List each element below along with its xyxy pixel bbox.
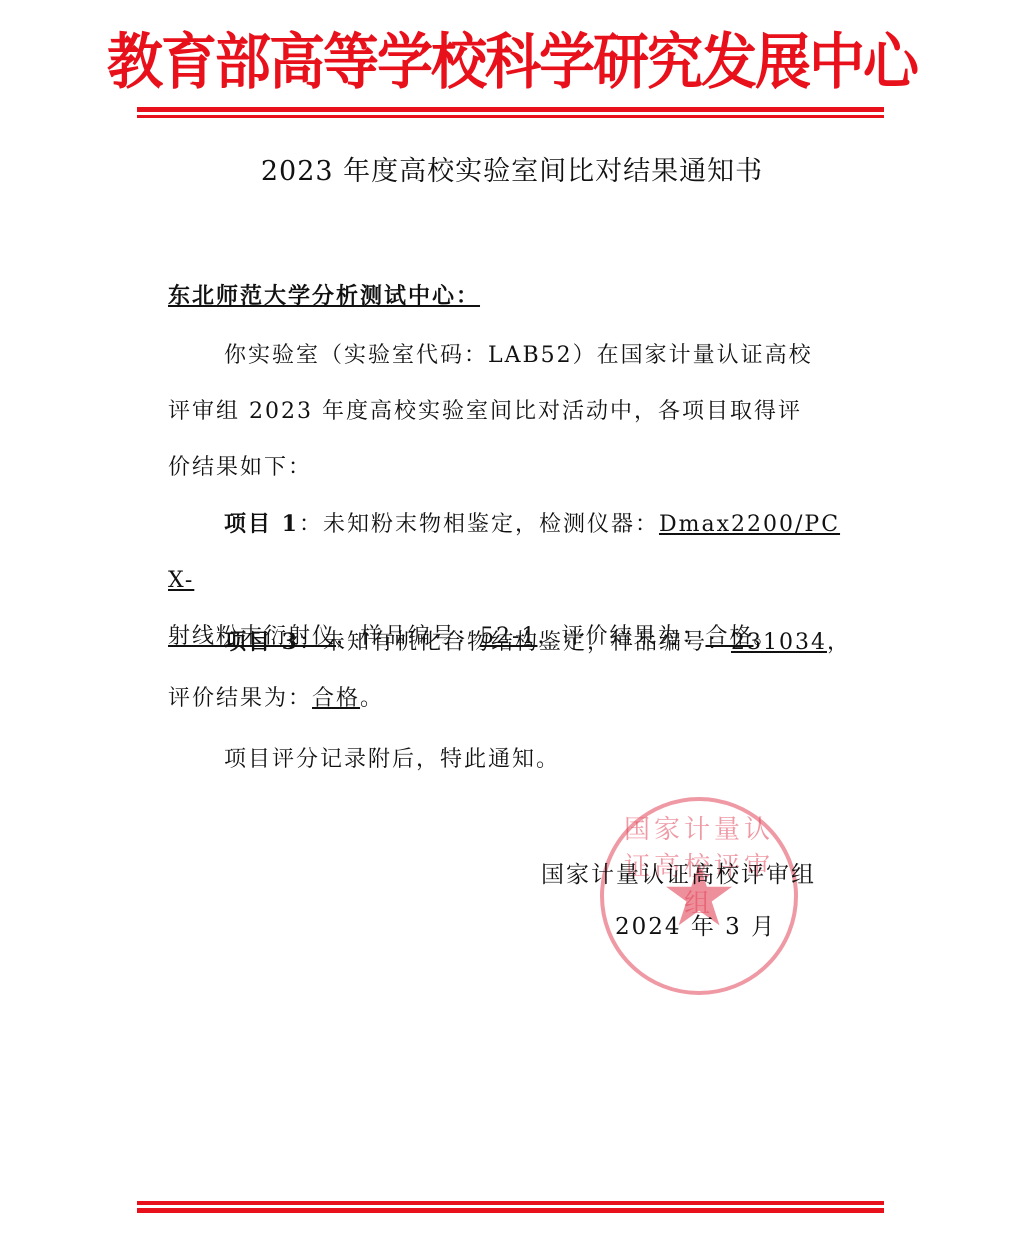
- issuer-name: 国家计量认证高校评审组: [541, 855, 816, 895]
- intro-line-1: 你实验室（实验室代码：LAB52）在国家计量认证高校: [168, 328, 868, 384]
- footer-rule-top: [137, 1201, 884, 1205]
- item-3-sample-no: 231034: [731, 630, 827, 655]
- item-3-result-label: 评价结果为：: [168, 686, 312, 711]
- intro-paragraph: 你实验室（实验室代码：LAB52）在国家计量认证高校 评审组 2023 年度高校…: [168, 328, 868, 496]
- letterhead-org-name: 教育部高等学校科学研究发展中心: [0, 25, 1024, 101]
- item-3-line-2: 评价结果为：合格。: [168, 671, 868, 727]
- letterhead-rule-thin: [137, 115, 884, 118]
- document-title: 2023 年度高校实验室间比对结果通知书: [0, 152, 1024, 192]
- letterhead-rule-thick: [137, 107, 884, 112]
- item-3-comma: ，: [827, 630, 851, 655]
- closing: 项目评分记录附后，特此通知。: [168, 732, 868, 788]
- item-3-paragraph: 项目 3：未知有机化合物结构鉴定，样品编号：231034， 评价结果为：合格。: [168, 614, 868, 727]
- recipient: 东北师范大学分析测试中心：: [168, 268, 868, 324]
- intro-line-2: 评审组 2023 年度高校实验室间比对活动中，各项目取得评: [168, 384, 868, 440]
- intro-line-3: 价结果如下：: [168, 440, 868, 496]
- item-3-end: 。: [360, 686, 384, 711]
- issue-date: 2024 年 3 月: [615, 907, 776, 947]
- item-1-line-1: 项目 1：未知粉末物相鉴定，检测仪器：Dmax2200/PC X-: [168, 496, 868, 609]
- item-3-line-1: 项目 3：未知有机化合物结构鉴定，样品编号：231034，: [168, 614, 868, 671]
- item-3-label: 项目 3: [224, 629, 299, 655]
- item-1-text: ：未知粉末物相鉴定，检测仪器：: [299, 512, 659, 537]
- official-seal: 国家计量认证高校评审组 ★: [600, 797, 798, 995]
- item-3-text: ：未知有机化合物结构鉴定，样品编号：: [299, 630, 731, 655]
- footer-rule-bottom: [137, 1208, 884, 1213]
- item-1-label: 项目 1: [224, 511, 299, 537]
- item-3-result: 合格: [312, 686, 360, 711]
